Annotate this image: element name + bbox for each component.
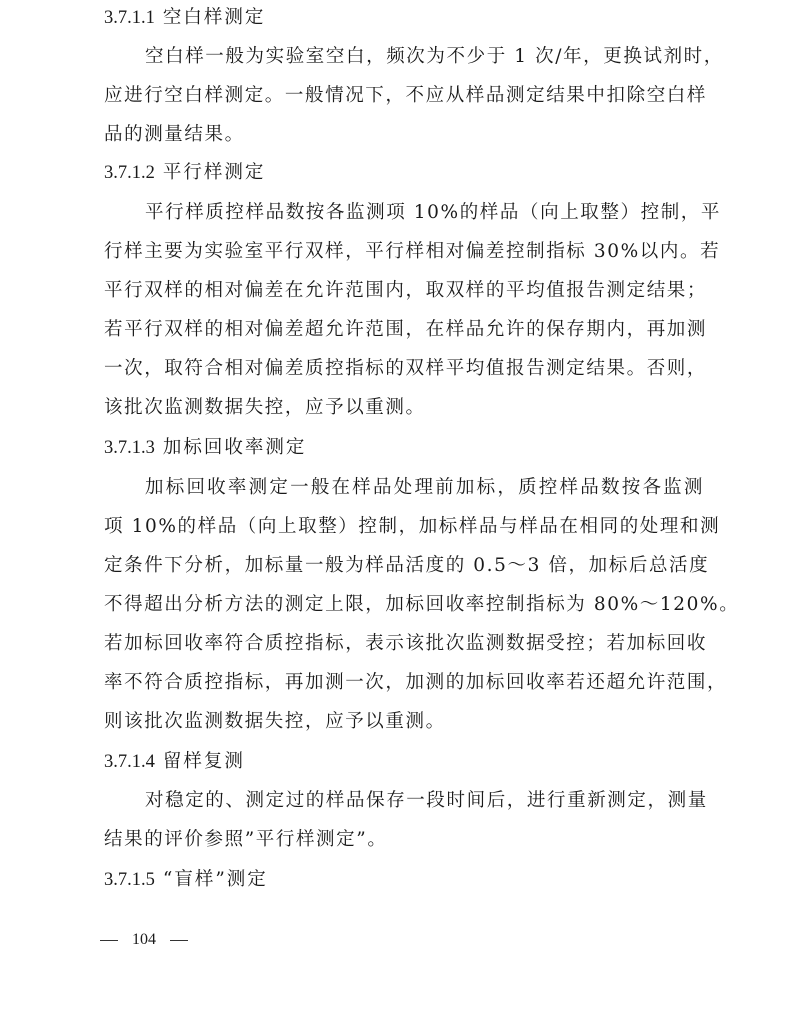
section-number: 3.7.1.5 <box>104 870 155 890</box>
document-page: 3.7.1.1空白样测定 空白样一般为实验室空白，频次为不少于 1 次/年，更换… <box>0 0 800 1021</box>
section-heading-3-7-1-1: 3.7.1.1空白样测定 <box>104 6 265 30</box>
paragraph-line: 平行样质控样品数按各监测项 10%的样品（向上取整）控制，平 <box>145 201 704 225</box>
paragraph-line: 加标回收率测定一般在样品处理前加标，质控样品数按各监测 <box>145 476 704 500</box>
paragraph-line: 率不符合质控指标，再加测一次，加测的加标回收率若还超允许范围， <box>104 671 704 695</box>
paragraph-line: 若平行双样的相对偏差超允许范围，在样品允许的保存期内，再加测 <box>104 318 704 342</box>
paragraph-line: 一次，取符合相对偏差质控指标的双样平均值报告测定结果。否则， <box>104 357 704 381</box>
dash-right-decoration <box>170 940 188 941</box>
paragraph-line: 该批次监测数据失控，应予以重测。 <box>104 396 704 420</box>
paragraph-line: 若加标回收率符合质控指标，表示该批次监测数据受控；若加标回收 <box>104 632 704 656</box>
section-title: 加标回收率测定 <box>163 437 307 458</box>
section-title: 空白样测定 <box>163 7 266 28</box>
paragraph-line: 行样主要为实验室平行双样，平行样相对偏差控制指标 30%以内。若 <box>104 240 704 264</box>
paragraph-line: 空白样一般为实验室空白，频次为不少于 1 次/年，更换试剂时， <box>145 45 704 69</box>
paragraph-line: 对稳定的、测定过的样品保存一段时间后，进行重新测定，测量 <box>145 789 704 813</box>
section-number: 3.7.1.2 <box>104 163 155 183</box>
section-heading-3-7-1-2: 3.7.1.2平行样测定 <box>104 161 265 185</box>
paragraph-line: 结果的评价参照”平行样测定”。 <box>104 828 704 852</box>
section-title: “盲样”测定 <box>163 869 268 890</box>
paragraph-line: 定条件下分析，加标量一般为样品活度的 0.5～3 倍，加标后总活度 <box>104 554 704 578</box>
paragraph-line: 则该批次监测数据失控，应予以重测。 <box>104 710 704 734</box>
paragraph-line: 平行双样的相对偏差在允许范围内，取双样的平均值报告测定结果； <box>104 279 704 303</box>
dash-left-decoration <box>100 940 118 941</box>
paragraph-line: 不得超出分析方法的测定上限，加标回收率控制指标为 80%～120%。 <box>104 593 704 617</box>
paragraph-line: 项 10%的样品（向上取整）控制，加标样品与样品在相同的处理和测 <box>104 515 704 539</box>
section-heading-3-7-1-5: 3.7.1.5“盲样”测定 <box>104 868 268 892</box>
section-number: 3.7.1.4 <box>104 752 155 772</box>
section-number: 3.7.1.3 <box>104 438 155 458</box>
section-heading-3-7-1-3: 3.7.1.3加标回收率测定 <box>104 436 306 460</box>
section-title: 平行样测定 <box>163 162 266 183</box>
page-number: 104 <box>132 929 156 951</box>
paragraph-line: 品的测量结果。 <box>104 123 704 147</box>
section-heading-3-7-1-4: 3.7.1.4留样复测 <box>104 750 245 774</box>
paragraph-line: 应进行空白样测定。一般情况下，不应从样品测定结果中扣除空白样 <box>104 84 704 108</box>
section-number: 3.7.1.1 <box>104 8 155 28</box>
page-footer: 104 <box>100 929 188 951</box>
section-title: 留样复测 <box>163 751 245 772</box>
